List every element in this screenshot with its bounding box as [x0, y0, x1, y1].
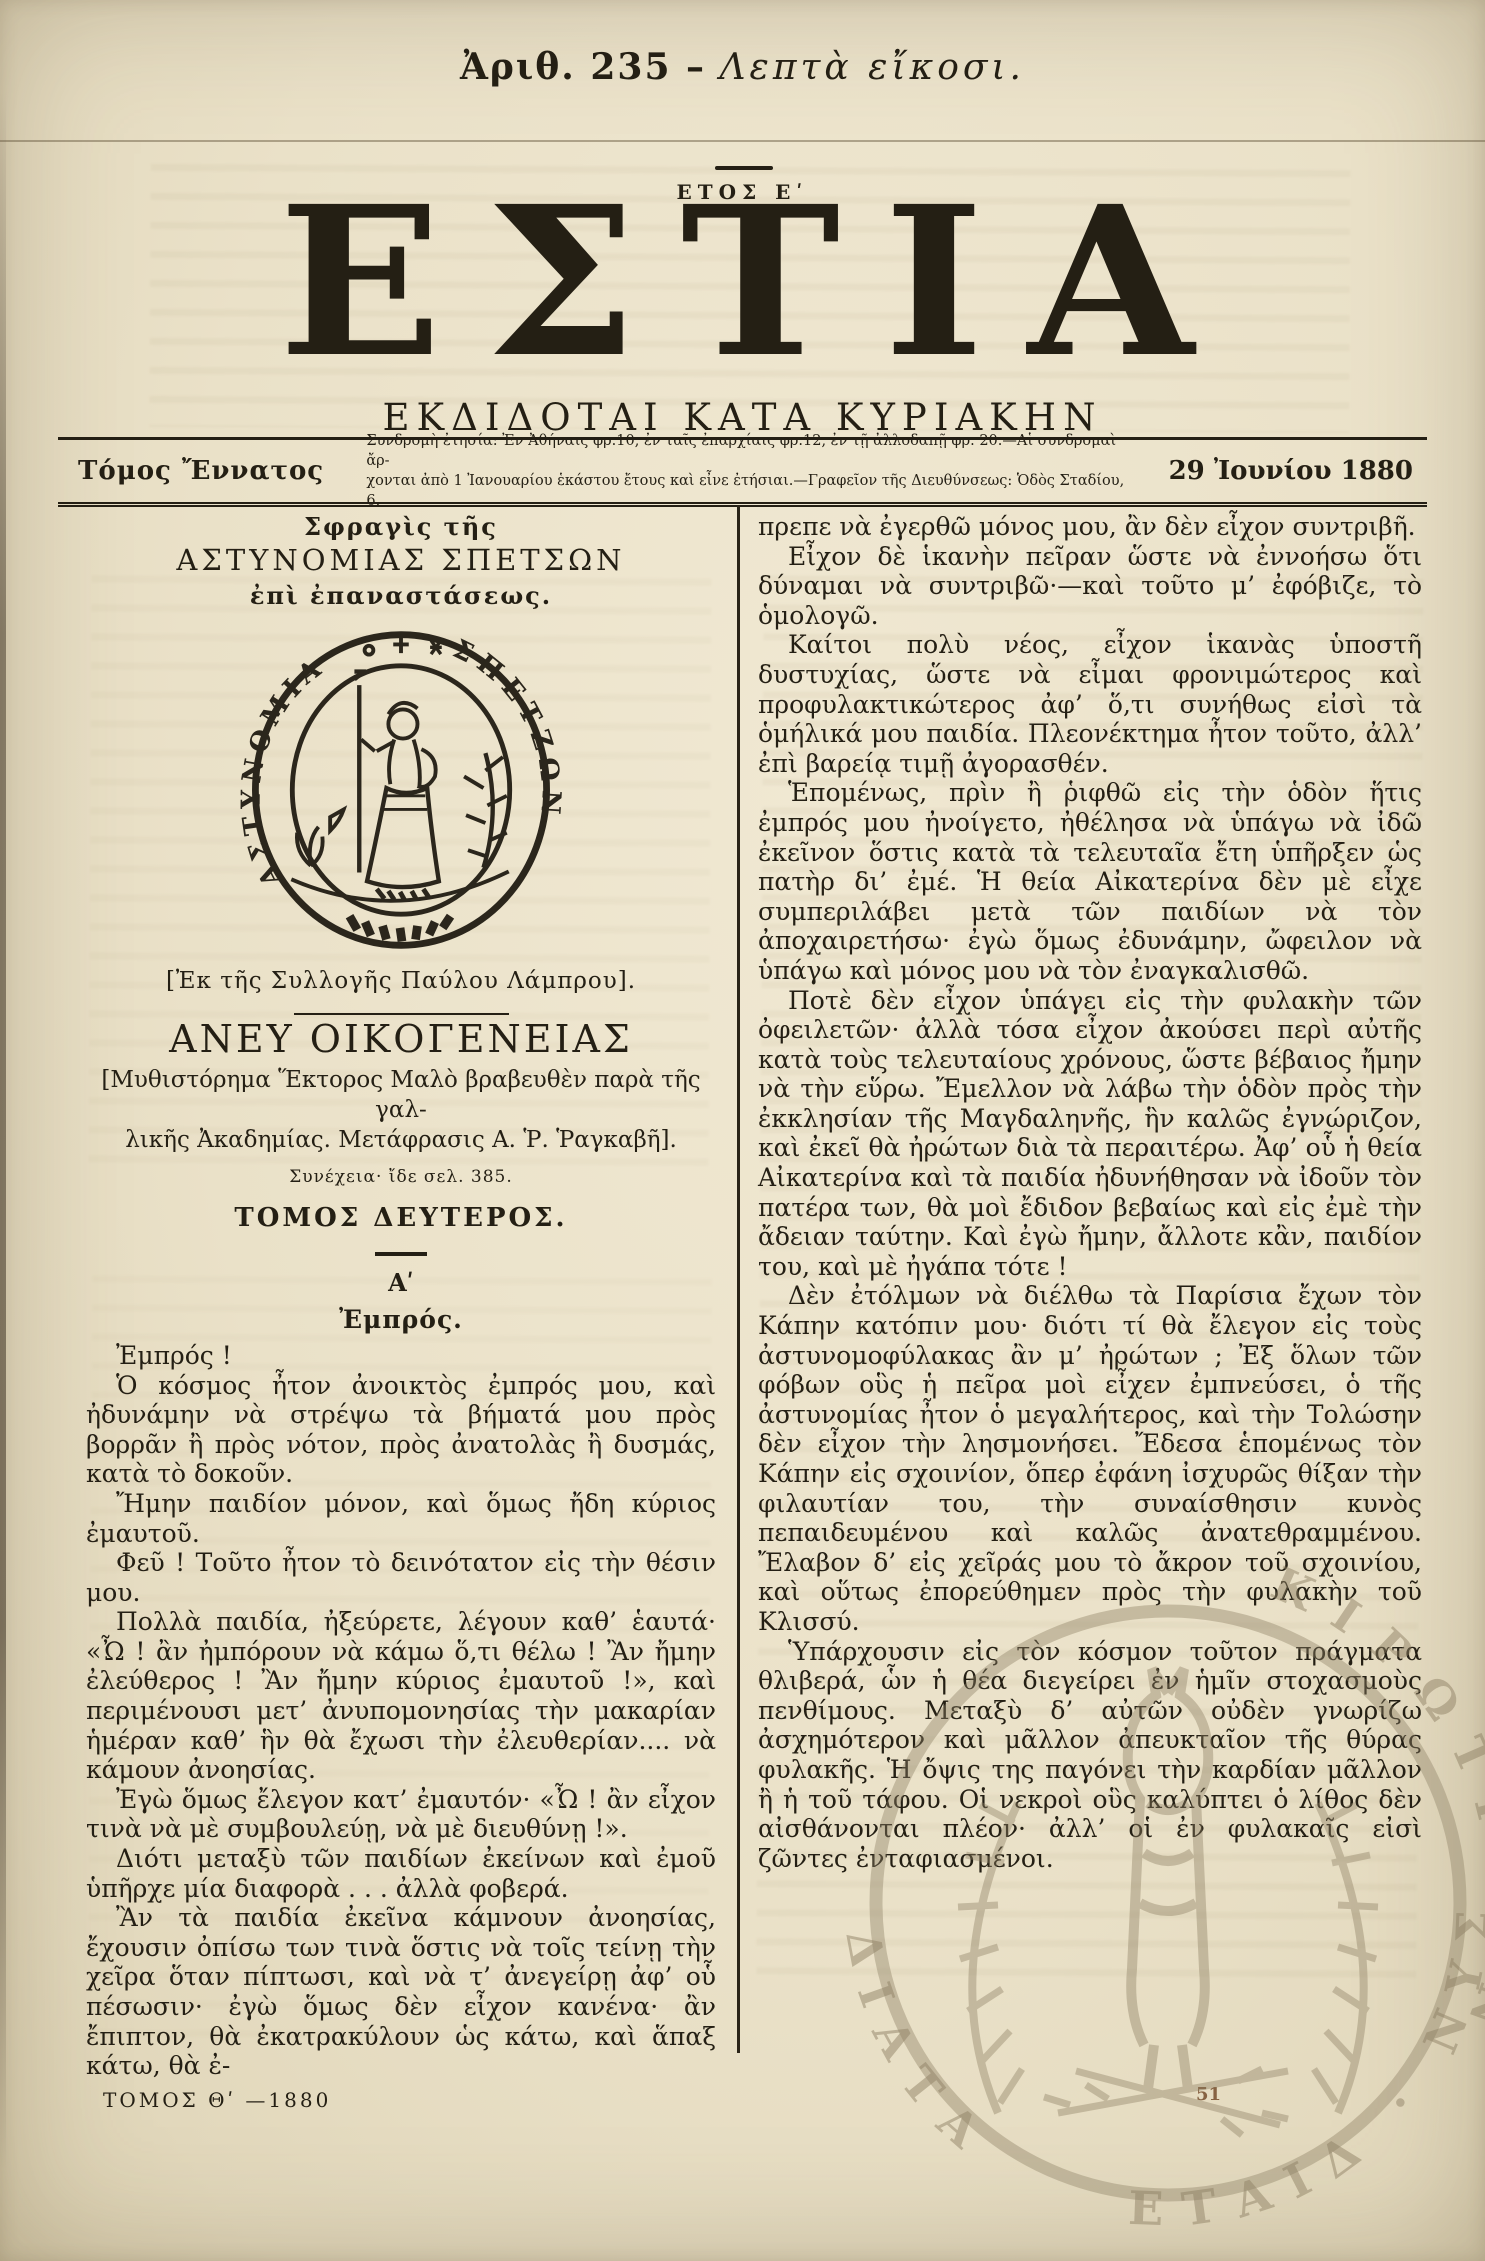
- paragraph: Εἶχον δὲ ἱκανὴν πεῖραν ὥστε νὰ ἐννοήσω ὅ…: [758, 542, 1422, 631]
- issue-date: 29 Ἰουνίου 1880: [1169, 456, 1427, 486]
- paragraph: πρεπε νὰ ἐγερθῶ μόνος μου, ἂν δὲν εἶχον …: [758, 512, 1422, 542]
- chapter-title: Ἐμπρός.: [86, 1305, 716, 1335]
- seal-caption-2: ΑΣΤΥΝΟΜΙΑΣ ΣΠΕΤΣΩΝ: [86, 546, 716, 576]
- spetses-police-seal-engraving: ΑΣΤΥΝΟΜΙΑ ΣΠΕΤΖΩΝ: [236, 625, 566, 955]
- volume-label: Τόμος Ἔννατος: [58, 456, 324, 486]
- article-title: ΑΝΕΥ ΟΙΚΟΓΕΝΕΙΑΣ: [86, 1025, 716, 1055]
- subscription-line-1: Συνδρομὴ ἐτησία: Ἐν Ἀθήναις φρ.10, ἐν τα…: [366, 431, 1126, 471]
- paragraph: Δὲν ἐτόλμων νὰ διέλθω τὰ Παρίσια ἔχων τὸ…: [758, 1281, 1422, 1636]
- divider-dash: [375, 1252, 427, 1256]
- paragraph: Ὑπάρχουσιν εἰς τὸν κόσμον τοῦτον πράγματ…: [758, 1637, 1422, 1874]
- tome-footer-note: ΤΟΜΟΣ Θʹ —1880: [103, 2088, 331, 2112]
- paragraph: Φεῦ ! Τοῦτο ἦτον τὸ δεινότατον εἰς τὴν θ…: [86, 1548, 716, 1607]
- section-rule: [294, 1013, 509, 1015]
- page-number: 51: [1196, 2084, 1221, 2105]
- price-label: Λεπτὰ εἴκοσι.: [720, 47, 1026, 88]
- paragraph: Καίτοι πολὺ νέος, εἶχον ἱκανὰς ὑποστῆ δυ…: [758, 630, 1422, 778]
- paragraph: Ποτὲ δὲν εἶχον ὑπάγει εἰς τὴν φυλακὴν τῶ…: [758, 986, 1422, 1282]
- chapter-number: Αʹ: [86, 1268, 716, 1298]
- seal-right-arc-text: ΣΠΕΤΖΩΝ: [448, 633, 566, 823]
- publication-info-band: Τόμος Ἔννατος Συνδρομὴ ἐτησία: Ἐν Ἀθήναι…: [58, 437, 1427, 507]
- svg-text:ΕΤΑΙΔ · ΝΥΣ: ΕΤΑΙΔ · ΝΥΣ: [1127, 1887, 1485, 2236]
- article-subtitle: [Μυθιστόρημα Ἕκτορος Μαλὸ βραβευθὲν παρὰ…: [86, 1065, 716, 1155]
- seal-caption-1: Σφραγὶς τῆς: [86, 512, 716, 542]
- masthead-title: ΕΣΤΙΑ: [0, 182, 1485, 382]
- header-rule: [0, 140, 1485, 142]
- stamp-arc-bottom-text: ΕΤΑΙΔ · ΝΥΣ: [1127, 1887, 1485, 2236]
- svg-text:ΔΙΑΤΑ: ΔΙΑΤΑ: [835, 1926, 1006, 2173]
- seal-caption-3: ἐπὶ ἐπαναστάσεως.: [86, 581, 716, 611]
- left-column: Σφραγὶς τῆς ΑΣΤΥΝΟΜΙΑΣ ΣΠΕΤΣΩΝ ἐπὶ ἐπανα…: [86, 512, 716, 2081]
- paragraph: Ὁ κόσμος ἦτον ἀνοικτὸς ἐμπρός μου, καὶ ἠ…: [86, 1371, 716, 1489]
- newspaper-page: Ἀριθ. 235 – Λεπτὰ εἴκοσι. ΕΤΟΣ Εʹ ΕΣΤΙΑ …: [0, 0, 1485, 2261]
- paragraph: Ἤμην παιδίον μόνον, καὶ ὅμως ἤδη κύριος …: [86, 1489, 716, 1548]
- svg-text:ΣΠΕΤΖΩΝ: ΣΠΕΤΖΩΝ: [448, 633, 566, 823]
- subscription-info: Συνδρομὴ ἐτησία: Ἐν Ἀθήναις φρ.10, ἐν τα…: [366, 431, 1126, 511]
- spetses-police-seal-figure: ΑΣΤΥΝΟΜΙΑ ΣΠΕΤΖΩΝ: [236, 625, 566, 962]
- right-column: πρεπε νὰ ἐγερθῶ μόνος μου, ἂν δὲν εἶχον …: [758, 512, 1422, 1873]
- paragraph: Ἑπομένως, πρὶν ἢ ῥιφθῶ εἰς τὴν ὁδὸν ἥτις…: [758, 778, 1422, 985]
- paragraph: Ἂν τὰ παιδία ἐκεῖνα κάμνουν ἀνοησίας, ἔχ…: [86, 1903, 716, 2081]
- subscription-line-2: χονται ἀπὸ 1 Ἰανουαρίου ἑκάστου ἔτους κα…: [366, 471, 1126, 511]
- volume-heading: ΤΟΜΟΣ ΔΕΥΤΕΡΟΣ.: [86, 1204, 716, 1234]
- continuation-note: Συνέχεια· ἴδε σελ. 385.: [86, 1163, 716, 1193]
- paragraph: Πολλὰ παιδία, ἠξεύρετε, λέγουν καθ’ ἑαυτ…: [86, 1607, 716, 1785]
- issue-price-line: Ἀριθ. 235 – Λεπτὰ εἴκοσι.: [0, 46, 1485, 88]
- column-divider-rule: [737, 505, 740, 2053]
- collection-note: [Ἐκ τῆς Συλλογῆς Παύλου Λάμπρου].: [86, 967, 716, 997]
- paragraph: Ἐγὼ ὅμως ἔλεγον κατ’ ἐμαυτόν· «Ὦ ! ἂν εἶ…: [86, 1785, 716, 1844]
- paragraph: Διότι μεταξὺ τῶν παιδίων ἐκείνων καὶ ἐμο…: [86, 1844, 716, 1903]
- article-subtitle-line-1: [Μυθιστόρημα Ἕκτορος Μαλὸ βραβευθὲν παρὰ…: [86, 1065, 716, 1125]
- stamp-arc-left-text: ΔΙΑΤΑ: [835, 1926, 1006, 2173]
- article-subtitle-line-2: λικῆς Ἀκαδημίας. Μετάφρασις Α. Ῥ. Ῥαγκαβ…: [86, 1125, 716, 1155]
- issue-number: Ἀριθ. 235 –: [460, 46, 706, 88]
- paragraph: Ἐμπρός !: [86, 1341, 716, 1371]
